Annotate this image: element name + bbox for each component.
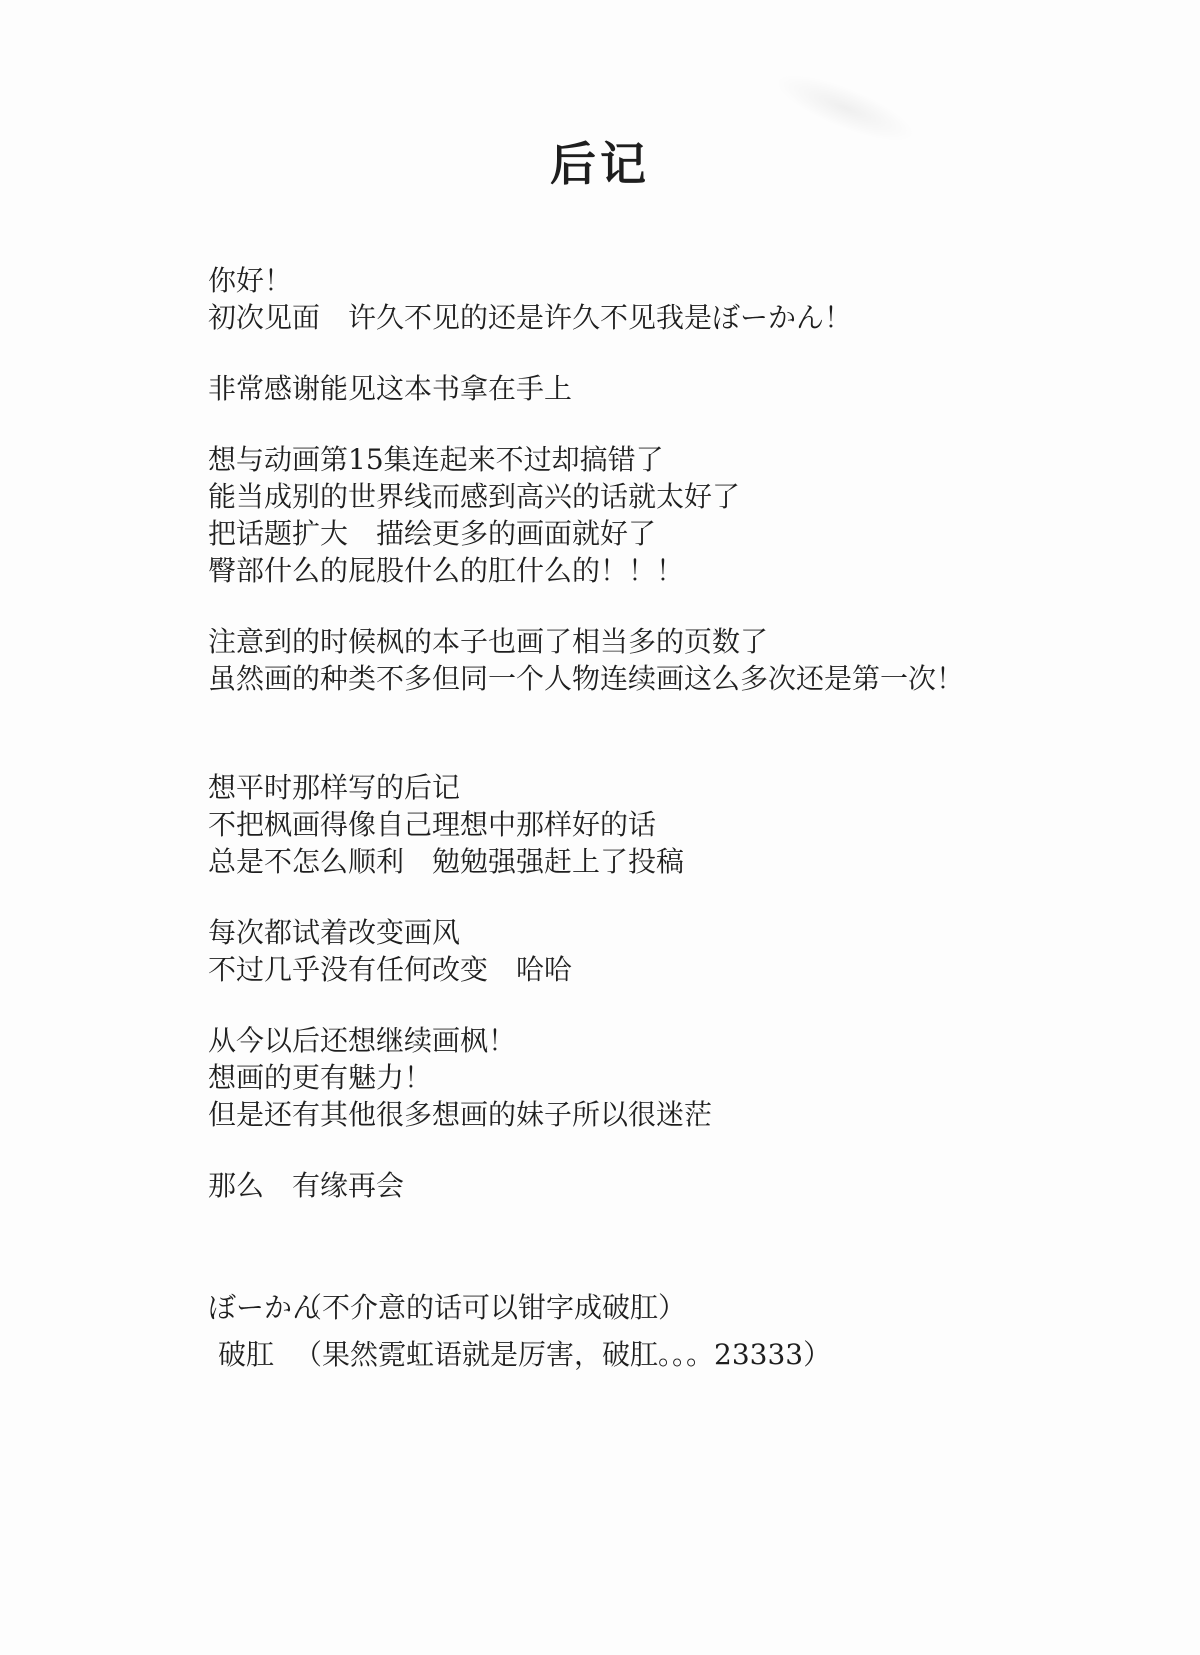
text-line: 你好！	[208, 262, 1120, 299]
text-line: 注意到的时候枫的本子也画了相当多的页数了	[208, 623, 1120, 660]
text-line: 那么 有缘再会	[208, 1167, 1120, 1204]
paragraph: 非常感谢能见这本书拿在手上	[208, 370, 1120, 407]
text-line: 初次见面 许久不见的还是许久不见我是ぼーかん！	[208, 299, 1120, 336]
credit-name: ぼーかん	[208, 1289, 294, 1326]
text-line: 从今以后还想继续画枫！	[208, 1022, 1120, 1059]
text-line: 想与动画第15集连起来不过却搞错了	[208, 441, 1120, 478]
page-title: 后记	[0, 138, 1200, 191]
text-line: 非常感谢能见这本书拿在手上	[208, 370, 1120, 407]
paragraph: 注意到的时候枫的本子也画了相当多的页数了虽然画的种类不多但同一个人物连续画这么多…	[208, 623, 1120, 697]
paragraph: 你好！初次见面 许久不见的还是许久不见我是ぼーかん！	[208, 262, 1120, 336]
text-line: 每次都试着改变画风	[208, 914, 1120, 951]
text-line: 虽然画的种类不多但同一个人物连续画这么多次还是第一次！	[208, 660, 1120, 697]
afterword-body: 你好！初次见面 许久不见的还是许久不见我是ぼーかん！非常感谢能见这本书拿在手上想…	[0, 262, 1200, 1204]
credit-name: 破肛	[218, 1336, 294, 1373]
text-line: 想画的更有魅力！	[208, 1059, 1120, 1096]
paragraph: 想平时那样写的后记不把枫画得像自己理想中那样好的话总是不怎么顺利 勉勉强强赶上了…	[208, 769, 1120, 880]
text-line: 不过几乎没有任何改变 哈哈	[208, 951, 1120, 988]
text-line: 想平时那样写的后记	[208, 769, 1120, 806]
text-line: 能当成别的世界线而感到高兴的话就太好了	[208, 478, 1120, 515]
afterword-page: 后记 你好！初次见面 许久不见的还是许久不见我是ぼーかん！非常感谢能见这本书拿在…	[0, 0, 1200, 1655]
credits-block: ぼーかん（不介意的话可以钳字成破肛） 破肛（果然霓虹语就是厉害，破肛。。。233…	[0, 1289, 1200, 1373]
text-line: 臀部什么的屁股什么的肛什么的！！！	[208, 552, 1120, 589]
text-line: 把话题扩大 描绘更多的画面就好了	[208, 515, 1120, 552]
credit-row: ぼーかん（不介意的话可以钳字成破肛）	[208, 1289, 1200, 1326]
paragraph: 每次都试着改变画风不过几乎没有任何改变 哈哈	[208, 914, 1120, 988]
paragraph: 从今以后还想继续画枫！想画的更有魅力！但是还有其他很多想画的妹子所以很迷茫	[208, 1022, 1120, 1133]
text-line: 但是还有其他很多想画的妹子所以很迷茫	[208, 1096, 1120, 1133]
text-line: 不把枫画得像自己理想中那样好的话	[208, 806, 1120, 843]
text-line: 总是不怎么顺利 勉勉强强赶上了投稿	[208, 843, 1120, 880]
credit-row: 破肛（果然霓虹语就是厉害，破肛。。。23333）	[208, 1336, 1200, 1373]
credit-note: （不介意的话可以钳字成破肛）	[294, 1291, 686, 1324]
paragraph: 想与动画第15集连起来不过却搞错了能当成别的世界线而感到高兴的话就太好了把话题扩…	[208, 441, 1120, 589]
credit-note: （果然霓虹语就是厉害，破肛。。。23333）	[294, 1338, 831, 1371]
paragraph: 那么 有缘再会	[208, 1167, 1120, 1204]
